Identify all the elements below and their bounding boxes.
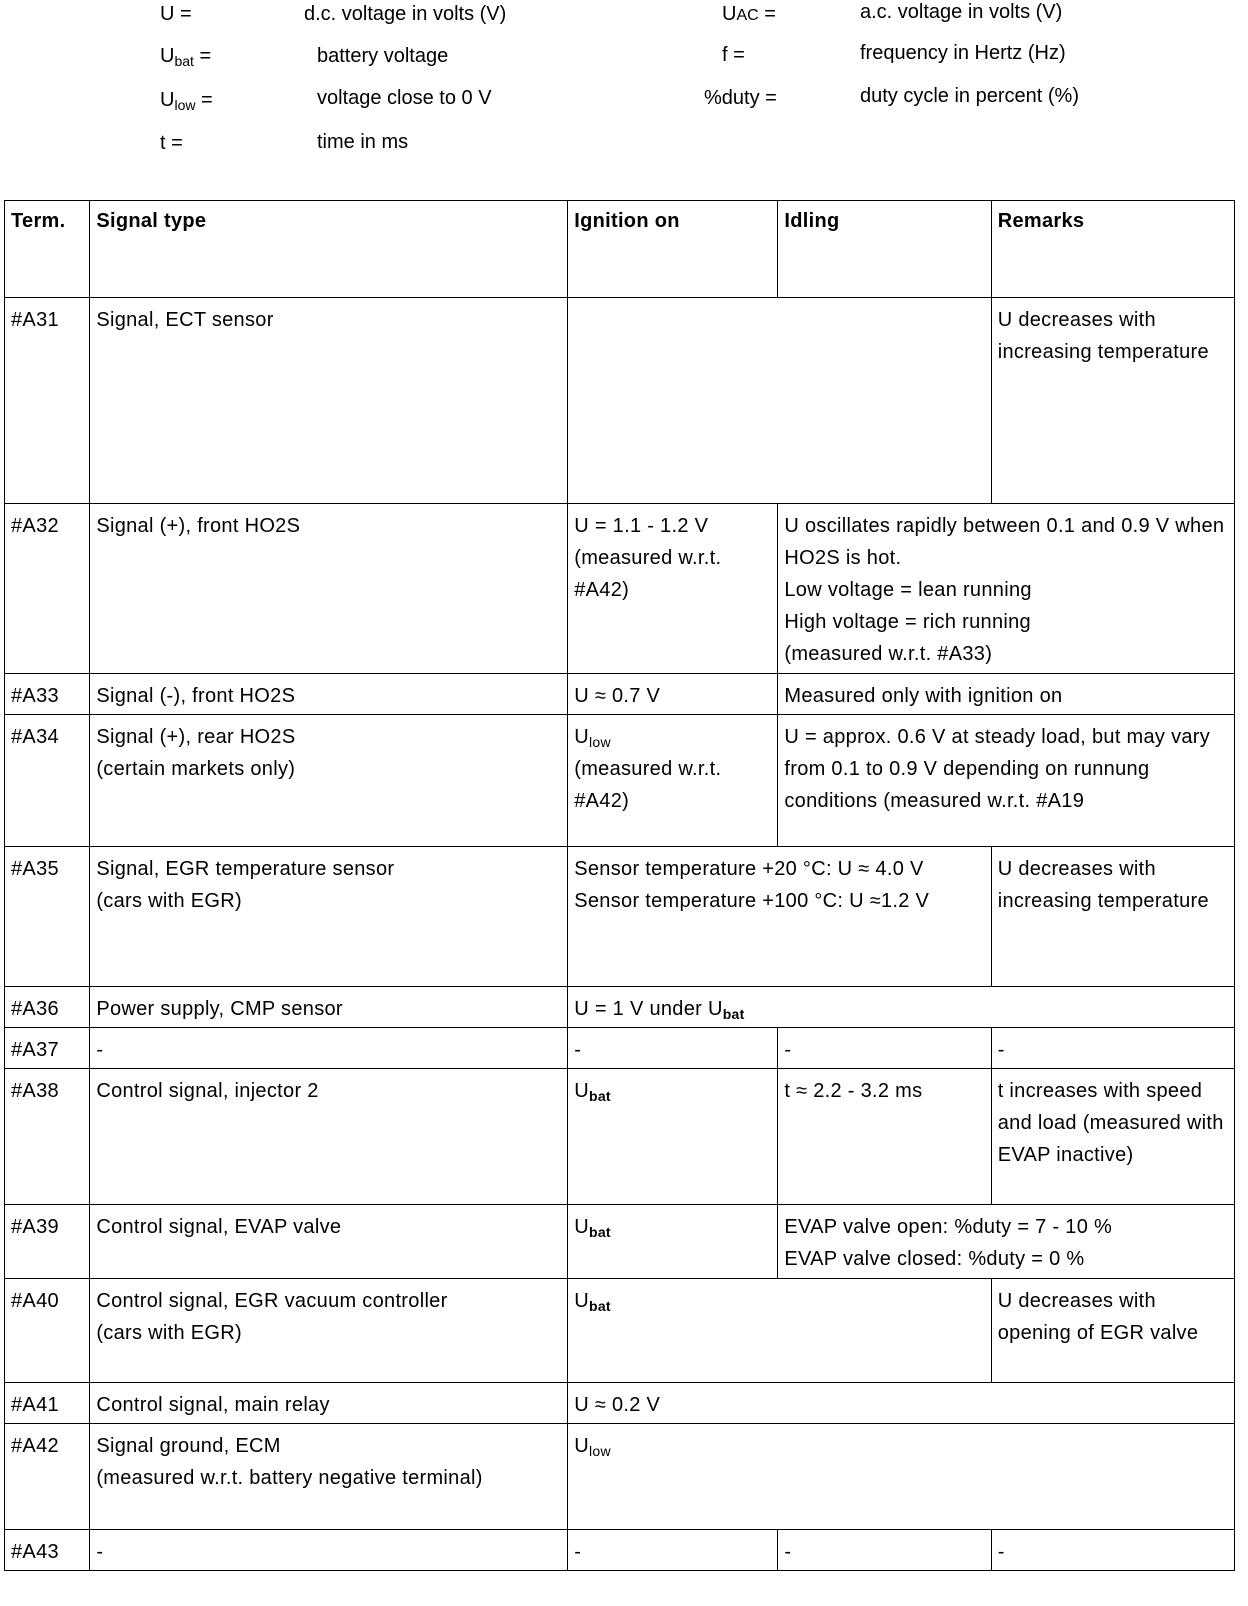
cell-remarks: - bbox=[991, 1028, 1234, 1069]
cell-all-conditions: U ≈ 0.2 V bbox=[568, 1383, 1235, 1424]
cell-signal: Signal (+), front HO2S bbox=[90, 504, 568, 674]
legend-symbol: Ubat = bbox=[160, 44, 211, 68]
header-term: Term. bbox=[5, 201, 90, 298]
table-row: #A34 Signal (+), rear HO2S (certain mark… bbox=[5, 715, 1235, 847]
cell-idling: - bbox=[778, 1530, 991, 1571]
cell-remarks: U decreases with increasing temperature bbox=[991, 298, 1234, 504]
legend-symbol: Ulow = bbox=[160, 88, 213, 112]
legend-desc: time in ms bbox=[317, 130, 408, 154]
cell-signal: Signal (-), front HO2S bbox=[90, 674, 568, 715]
cell-term: #A39 bbox=[5, 1205, 90, 1279]
cell-signal: Control signal, injector 2 bbox=[90, 1069, 568, 1205]
cell-idling: t ≈ 2.2 - 3.2 ms bbox=[778, 1069, 991, 1205]
legend-desc: frequency in Hertz (Hz) bbox=[860, 41, 1066, 65]
cell-term: #A36 bbox=[5, 987, 90, 1028]
cell-signal: Power supply, CMP sensor bbox=[90, 987, 568, 1028]
cell-signal: Signal ground, ECM (measured w.r.t. batt… bbox=[90, 1424, 568, 1530]
legend-symbol: t = bbox=[160, 131, 183, 155]
legend-symbol: %duty = bbox=[704, 86, 777, 110]
header-ignition-on: Ignition on bbox=[568, 201, 778, 298]
cell-signal: Signal, EGR temperature sensor (cars wit… bbox=[90, 847, 568, 987]
legend-symbol: U = bbox=[160, 2, 192, 26]
cell-ignition: - bbox=[568, 1028, 778, 1069]
cell-ignition-idling bbox=[568, 298, 991, 504]
table-row: #A38 Control signal, injector 2 Ubat t ≈… bbox=[5, 1069, 1235, 1205]
cell-signal: - bbox=[90, 1530, 568, 1571]
cell-signal: Control signal, main relay bbox=[90, 1383, 568, 1424]
cell-ignition: Ulow(measured w.r.t. #A42) bbox=[568, 715, 778, 847]
cell-term: #A37 bbox=[5, 1028, 90, 1069]
header-idling: Idling bbox=[778, 201, 991, 298]
cell-remarks: - bbox=[991, 1530, 1234, 1571]
legend-desc: battery voltage bbox=[317, 44, 448, 68]
cell-ignition-idling: Ubat bbox=[568, 1279, 991, 1383]
cell-idling-remarks: EVAP valve open: %duty = 7 - 10 % EVAP v… bbox=[778, 1205, 1235, 1279]
cell-term: #A43 bbox=[5, 1530, 90, 1571]
table-row: #A37 - - - - bbox=[5, 1028, 1235, 1069]
table-row: #A40 Control signal, EGR vacuum controll… bbox=[5, 1279, 1235, 1383]
table-row: #A42 Signal ground, ECM (measured w.r.t.… bbox=[5, 1424, 1235, 1530]
cell-term: #A35 bbox=[5, 847, 90, 987]
cell-term: #A38 bbox=[5, 1069, 90, 1205]
cell-term: #A40 bbox=[5, 1279, 90, 1383]
cell-remarks: U decreases with increasing temperature bbox=[991, 847, 1234, 987]
cell-ignition: Ubat bbox=[568, 1205, 778, 1279]
cell-term: #A41 bbox=[5, 1383, 90, 1424]
cell-term: #A31 bbox=[5, 298, 90, 504]
cell-term: #A42 bbox=[5, 1424, 90, 1530]
table-row: #A41 Control signal, main relay U ≈ 0.2 … bbox=[5, 1383, 1235, 1424]
cell-term: #A33 bbox=[5, 674, 90, 715]
cell-signal: - bbox=[90, 1028, 568, 1069]
legend-symbol: UAC = bbox=[722, 2, 776, 26]
cell-signal: Control signal, EGR vacuum controller (c… bbox=[90, 1279, 568, 1383]
cell-ignition: U = 1.1 - 1.2 V (measured w.r.t. #A42) bbox=[568, 504, 778, 674]
terminal-signal-table: Term. Signal type Ignition on Idling Rem… bbox=[4, 200, 1235, 1571]
table-row: #A36 Power supply, CMP sensor U = 1 V un… bbox=[5, 987, 1235, 1028]
cell-term: #A34 bbox=[5, 715, 90, 847]
cell-idling: - bbox=[778, 1028, 991, 1069]
cell-signal: Control signal, EVAP valve bbox=[90, 1205, 568, 1279]
header-signal-type: Signal type bbox=[90, 201, 568, 298]
legend-desc: duty cycle in percent (%) bbox=[860, 84, 1079, 108]
legend-desc: d.c. voltage in volts (V) bbox=[304, 2, 506, 26]
cell-all-conditions: U = 1 V under Ubat bbox=[568, 987, 1235, 1028]
table-row: #A39 Control signal, EVAP valve Ubat EVA… bbox=[5, 1205, 1235, 1279]
table-row: #A32 Signal (+), front HO2S U = 1.1 - 1.… bbox=[5, 504, 1235, 674]
cell-remarks: t increases with speed and load (measure… bbox=[991, 1069, 1234, 1205]
cell-idling-remarks: Measured only with ignition on bbox=[778, 674, 1235, 715]
table-row: #A33 Signal (-), front HO2S U ≈ 0.7 V Me… bbox=[5, 674, 1235, 715]
table-header-row: Term. Signal type Ignition on Idling Rem… bbox=[5, 201, 1235, 298]
cell-idling-remarks: U = approx. 0.6 V at steady load, but ma… bbox=[778, 715, 1235, 847]
cell-idling-remarks: U oscillates rapidly between 0.1 and 0.9… bbox=[778, 504, 1235, 674]
cell-ignition: - bbox=[568, 1530, 778, 1571]
table-row: #A31 Signal, ECT sensor U decreases with… bbox=[5, 298, 1235, 504]
legend-desc: voltage close to 0 V bbox=[317, 86, 492, 110]
cell-ignition-idling: Sensor temperature +20 °C: U ≈ 4.0 V Sen… bbox=[568, 847, 991, 987]
legend-desc: a.c. voltage in volts (V) bbox=[860, 0, 1062, 24]
cell-ignition: Ubat bbox=[568, 1069, 778, 1205]
cell-term: #A32 bbox=[5, 504, 90, 674]
cell-ignition: U ≈ 0.7 V bbox=[568, 674, 778, 715]
header-remarks: Remarks bbox=[991, 201, 1234, 298]
cell-remarks: U decreases with opening of EGR valve bbox=[991, 1279, 1234, 1383]
cell-all-conditions: Ulow bbox=[568, 1424, 1235, 1530]
table-row: #A35 Signal, EGR temperature sensor (car… bbox=[5, 847, 1235, 987]
cell-signal: Signal (+), rear HO2S (certain markets o… bbox=[90, 715, 568, 847]
legend-symbol: f = bbox=[722, 43, 745, 67]
table-row: #A43 - - - - bbox=[5, 1530, 1235, 1571]
cell-signal: Signal, ECT sensor bbox=[90, 298, 568, 504]
